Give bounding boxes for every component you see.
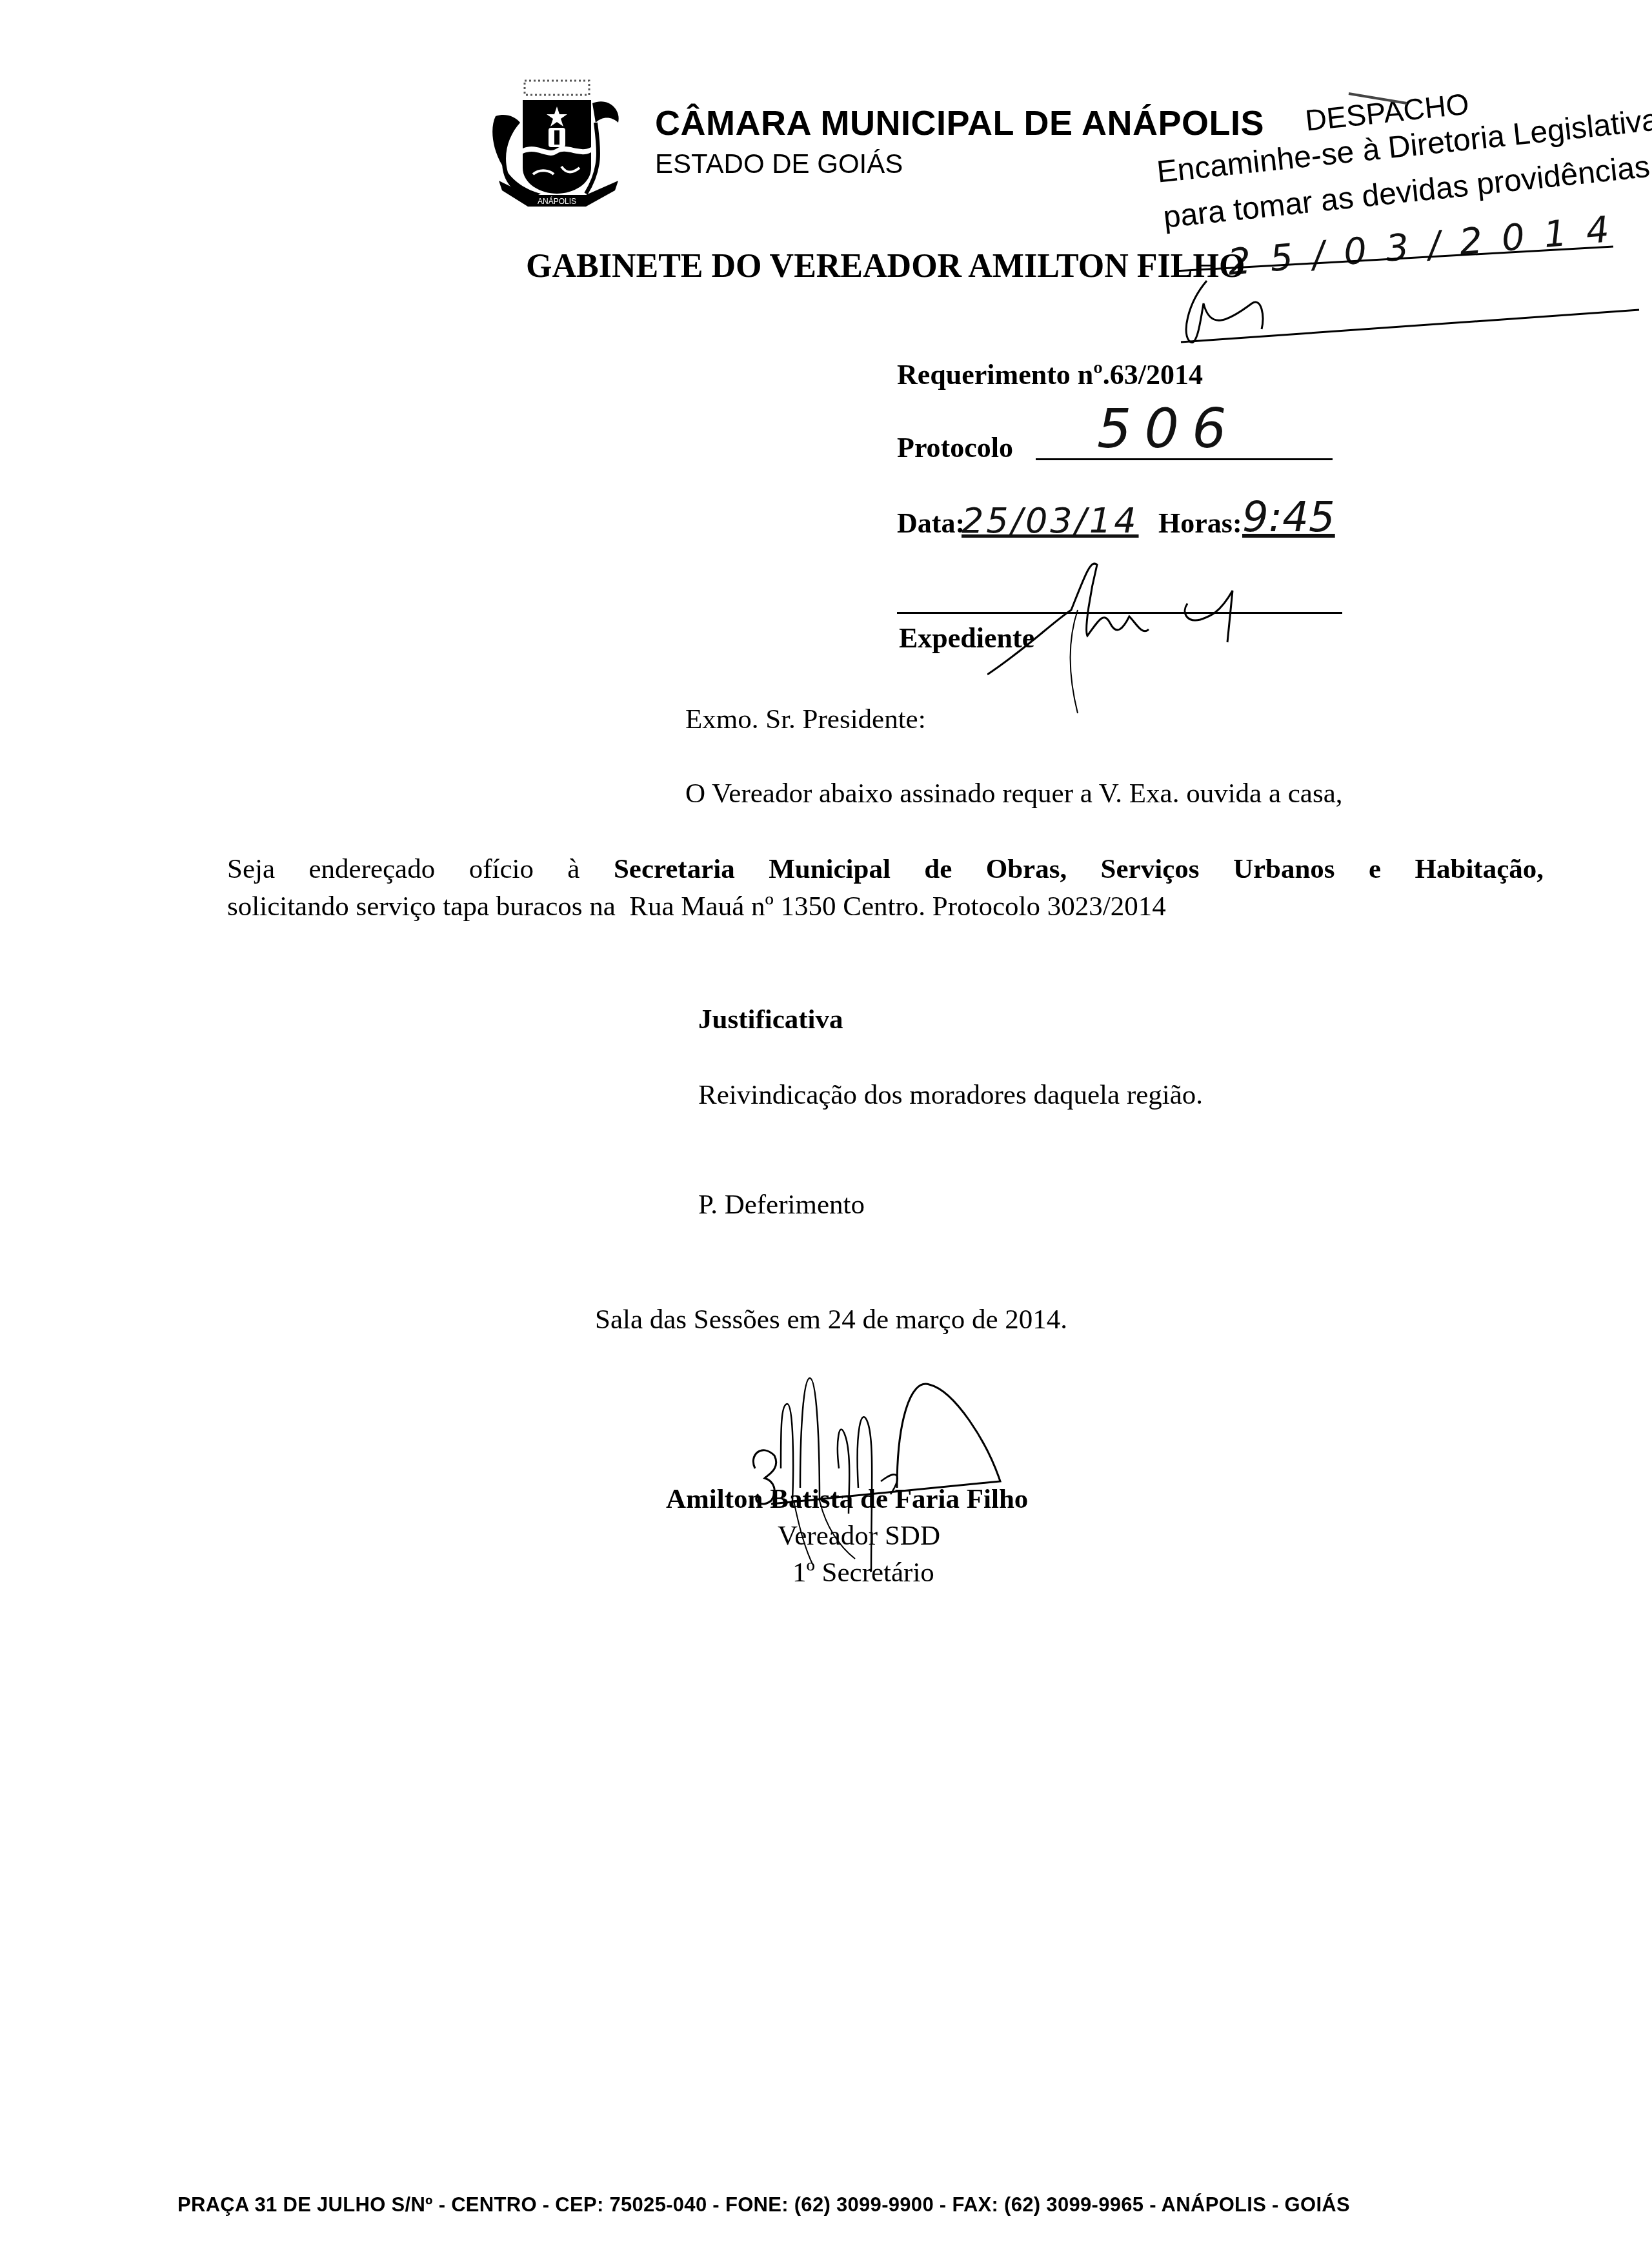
- signatory-position: 1º Secretário: [792, 1557, 934, 1588]
- municipal-coat-of-arms-icon: ANÁPOLIS: [489, 77, 626, 210]
- request-line-2: solicitando serviço tapa buracos na Rua …: [227, 891, 1166, 922]
- salutation: Exmo. Sr. Presidente:: [685, 704, 926, 735]
- stamp-signature-icon: [1181, 278, 1310, 349]
- secretaria-name: Secretaria Municipal de Obras, Serviços …: [614, 854, 1544, 884]
- data-label: Data:: [897, 507, 965, 540]
- expediente-signature-icon: [987, 552, 1349, 720]
- despacho-stamp: DESPACHO Encaminhe-se à Diretoria Legisl…: [1136, 77, 1646, 355]
- place-and-date: Sala das Sessões em 24 de março de 2014.: [595, 1304, 1067, 1335]
- request-prefix: Seja endereçado ofício à: [227, 854, 614, 884]
- protocolo-value: 506: [1097, 397, 1239, 460]
- closing-text: P. Deferimento: [698, 1189, 865, 1221]
- intro-text: O Vereador abaixo assinado requer a V. E…: [685, 778, 1343, 809]
- office-title: GABINETE DO VEREADOR AMILTON FILHO: [526, 247, 1245, 285]
- footer-address: PRAÇA 31 DE JULHO S/Nº - CENTRO - CEP: 7…: [177, 2193, 1350, 2217]
- signatory-role: Vereador SDD: [778, 1520, 940, 1552]
- signatory-name: Amilton Batista de Faria Filho: [666, 1483, 1028, 1515]
- svg-text:ANÁPOLIS: ANÁPOLIS: [538, 196, 576, 206]
- requerimento-number: Requerimento nº.63/2014: [897, 358, 1203, 391]
- justification-text: Reivindicação dos moradores daquela regi…: [698, 1079, 1203, 1111]
- request-line-1: Seja endereçado ofício à Secretaria Muni…: [227, 851, 1544, 888]
- horas-value: 9:45: [1242, 494, 1335, 542]
- state-name: ESTADO DE GOIÁS: [655, 148, 903, 179]
- horas-label: Horas:: [1158, 507, 1242, 540]
- data-value: 25/03/14: [962, 500, 1139, 541]
- request-paragraph: Seja endereçado ofício à Secretaria Muni…: [227, 851, 1544, 926]
- justification-heading: Justificativa: [698, 1004, 843, 1035]
- protocolo-label: Protocolo: [897, 431, 1013, 464]
